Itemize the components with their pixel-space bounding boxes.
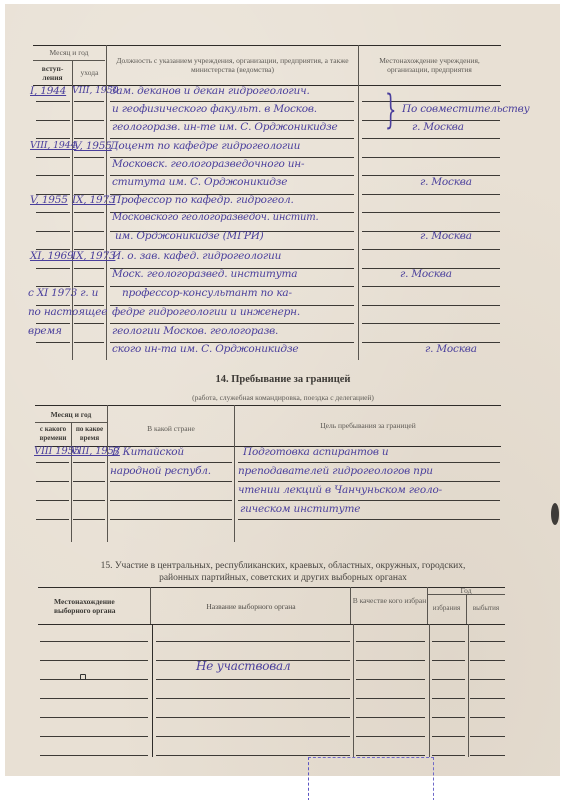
ruled-line [73,462,105,463]
ruled-line [238,481,500,482]
row2-position-line1: Доцент по кафедре гидрогеологии [110,140,300,152]
ruled-line [156,679,350,680]
ruled-line [36,323,70,324]
column-divider [350,587,351,624]
brace-mark: } [385,90,396,130]
section-15-title-line1: 15. Участие в центральных, республиканск… [40,560,526,572]
abroad-purpose-line2: преподавателей гидрогеологов при [238,465,433,477]
ruled-line [36,462,69,463]
ruled-line [362,249,500,250]
abroad-purpose-line4: гическом институте [240,503,360,515]
header-country: В какой стране [108,424,234,433]
ruled-line [40,641,148,642]
row5-start-line1: с XI 1973 г. и [28,287,98,299]
ruled-line [362,138,500,139]
column-divider [72,85,73,360]
ruled-line [110,500,232,501]
row5-position-line1: профессор-консультант по ка- [122,287,292,299]
ruled-line [110,101,354,102]
ruled-line [110,138,354,139]
row1-position-line3: геологоразв. ин-те им. С. Орджоникидзе [112,121,338,133]
header-purpose: Цель пребывания за границей [236,421,500,430]
ruled-line [362,323,500,324]
row5-position-line4: ского ин-та им. С. Орджоникидзе [112,343,298,355]
table-rule [33,45,501,46]
ruled-line [74,231,104,232]
binding-hole [551,503,559,525]
header-year: Год [427,586,505,595]
ruled-line [156,755,350,756]
ruled-line [36,120,70,121]
stamp-mark [308,757,434,800]
ruled-line [36,138,70,139]
row1-start: I, 1944 [30,85,66,97]
header-start: вступ-ления [34,64,71,82]
column-divider [152,624,153,757]
ruled-line [156,641,350,642]
ruled-line [356,660,425,661]
row4-end: IX, 1973 [72,250,115,262]
ruled-line [470,660,505,661]
ruled-line [74,323,104,324]
column-divider [234,405,235,542]
ruled-line [74,175,104,176]
ruled-line [156,698,350,699]
ruled-line [362,101,500,102]
ruled-line [40,679,148,680]
ruled-line [432,717,465,718]
ruled-line [356,755,425,756]
ruled-line [432,755,465,756]
ruled-line [74,138,104,139]
table-rule [38,624,505,625]
ruled-line [362,157,500,158]
row3-position-line1: Профессор по кафедр. гидрогеол. [112,194,294,206]
ruled-line [362,305,500,306]
row3-position-line2: Московского геологоразведоч. инстит. [112,212,318,224]
ruled-line [73,519,105,520]
ruled-line [74,120,104,121]
header-position: Должность с указанием учреждения, органи… [115,56,350,74]
column-divider [150,587,151,624]
ruled-line [432,641,465,642]
ruled-line [74,268,104,269]
row5-position-line3: геологии Москов. геологоразв. [112,325,278,337]
ruled-line [40,698,148,699]
row4-location: г. Москва [400,268,452,280]
ruled-line [470,717,505,718]
header-left: выбытия [467,604,505,613]
row1-position-line2: и геофизического факульт. в Москов. [112,103,317,115]
ruled-line [110,462,232,463]
row3-start: V, 1955 [30,194,68,206]
row3-end: IX, 1973 [72,194,115,206]
header-month-year: Месяц и год [35,410,107,419]
ruled-line [362,212,500,213]
row3-location: г. Москва [420,230,472,242]
ruled-line [470,698,505,699]
header-to: по какое время [72,425,107,443]
ruled-line [432,698,465,699]
ruled-line [470,679,505,680]
ruled-line [238,462,500,463]
row2-position-line3: ститута им. С. Орджоникидзе [112,176,287,188]
ruled-line [36,212,70,213]
elected-entry: Не участвовал [196,660,290,672]
header-from: с какого времени [35,425,71,443]
ruled-line [40,755,148,756]
ruled-line [356,641,425,642]
ruled-line [36,500,69,501]
abroad-country-line1: В Китайской [112,446,184,458]
ruled-line [36,101,70,102]
row4-position-line2: Моск. геологоразвед. института [112,268,297,280]
header-capacity: В качестве кого избран [352,596,427,605]
ruled-line [74,101,104,102]
column-divider [468,624,469,757]
ruled-line [36,175,70,176]
ruled-line [74,157,104,158]
ruled-line [110,481,232,482]
ruled-line [110,519,232,520]
row5-start-line3: время [28,325,62,337]
row2-end: V, 1955 [74,140,112,152]
ruled-line [36,519,69,520]
row5-location: г. Москва [425,343,477,355]
header-location: Местонахождение выборного органа [40,597,148,615]
ruled-line [156,736,350,737]
ruled-line [470,641,505,642]
row2-start: VIII, 1944 [30,140,76,152]
row5-position-line2: федре гидрогеологии и инженерн. [112,306,300,318]
section-15-title-line2: районных партийных, советских и других в… [40,572,526,584]
ruled-line [36,268,70,269]
ruled-line [356,717,425,718]
ruled-line [74,212,104,213]
ruled-line [36,231,70,232]
header-end: ухода [73,68,106,77]
column-divider [358,45,359,360]
ruled-line [470,736,505,737]
ruled-line [470,755,505,756]
row2-location: г. Москва [420,176,472,188]
table-rule [33,60,105,61]
ruled-line [356,736,425,737]
ruled-line [356,679,425,680]
ruled-line [432,679,465,680]
ruled-line [156,717,350,718]
column-divider [429,624,430,757]
abroad-purpose-line3: чтении лекций в Чанчуньском геоло- [238,484,442,496]
ruled-line [73,500,105,501]
ruled-line [362,194,500,195]
ruled-line [356,698,425,699]
row2-position-line2: Московск. геологоразведочного ин- [112,158,304,170]
header-name: Название выборного органа [152,602,350,611]
abroad-country-line2: народной республ. [110,465,211,477]
ruled-line [73,481,105,482]
abroad-purpose-line1: Подготовка аспирантов и [243,446,388,458]
table-rule [35,405,501,406]
header-location: Местонахождение учреждения, организации,… [362,56,497,74]
paper-speck [80,674,86,680]
ruled-line [74,342,104,343]
section-14-title: 14. Пребывание за границей [60,374,506,386]
row4-position-line1: И. о. зав. кафед. гидрогеологии [112,250,281,262]
ruled-line [362,286,500,287]
ruled-line [36,157,70,158]
row5-start-line2: по настоящее [28,306,107,318]
column-divider [353,624,354,757]
row1-location-line2: г. Москва [412,121,464,133]
row3-position-line3: им. Орджоникидзе (МГРИ) [115,230,264,242]
row1-position-line1: Зам. деканов и декан гидрогеологич. [110,85,310,97]
ruled-line [110,323,354,324]
header-elected: избрания [427,604,466,613]
ruled-line [40,660,148,661]
ruled-line [432,736,465,737]
row4-start: XI, 1969 [30,250,73,262]
row1-location-line1: По совместительству [402,103,529,115]
ruled-line [40,736,148,737]
ruled-line [36,481,69,482]
ruled-line [238,519,500,520]
ruled-line [36,342,70,343]
ruled-line [40,717,148,718]
ruled-line [432,660,465,661]
ruled-line [238,500,500,501]
section-14-subtitle: (работа, служебная командировка, поездка… [60,393,506,402]
header-month-year: Месяц и год [33,48,105,57]
